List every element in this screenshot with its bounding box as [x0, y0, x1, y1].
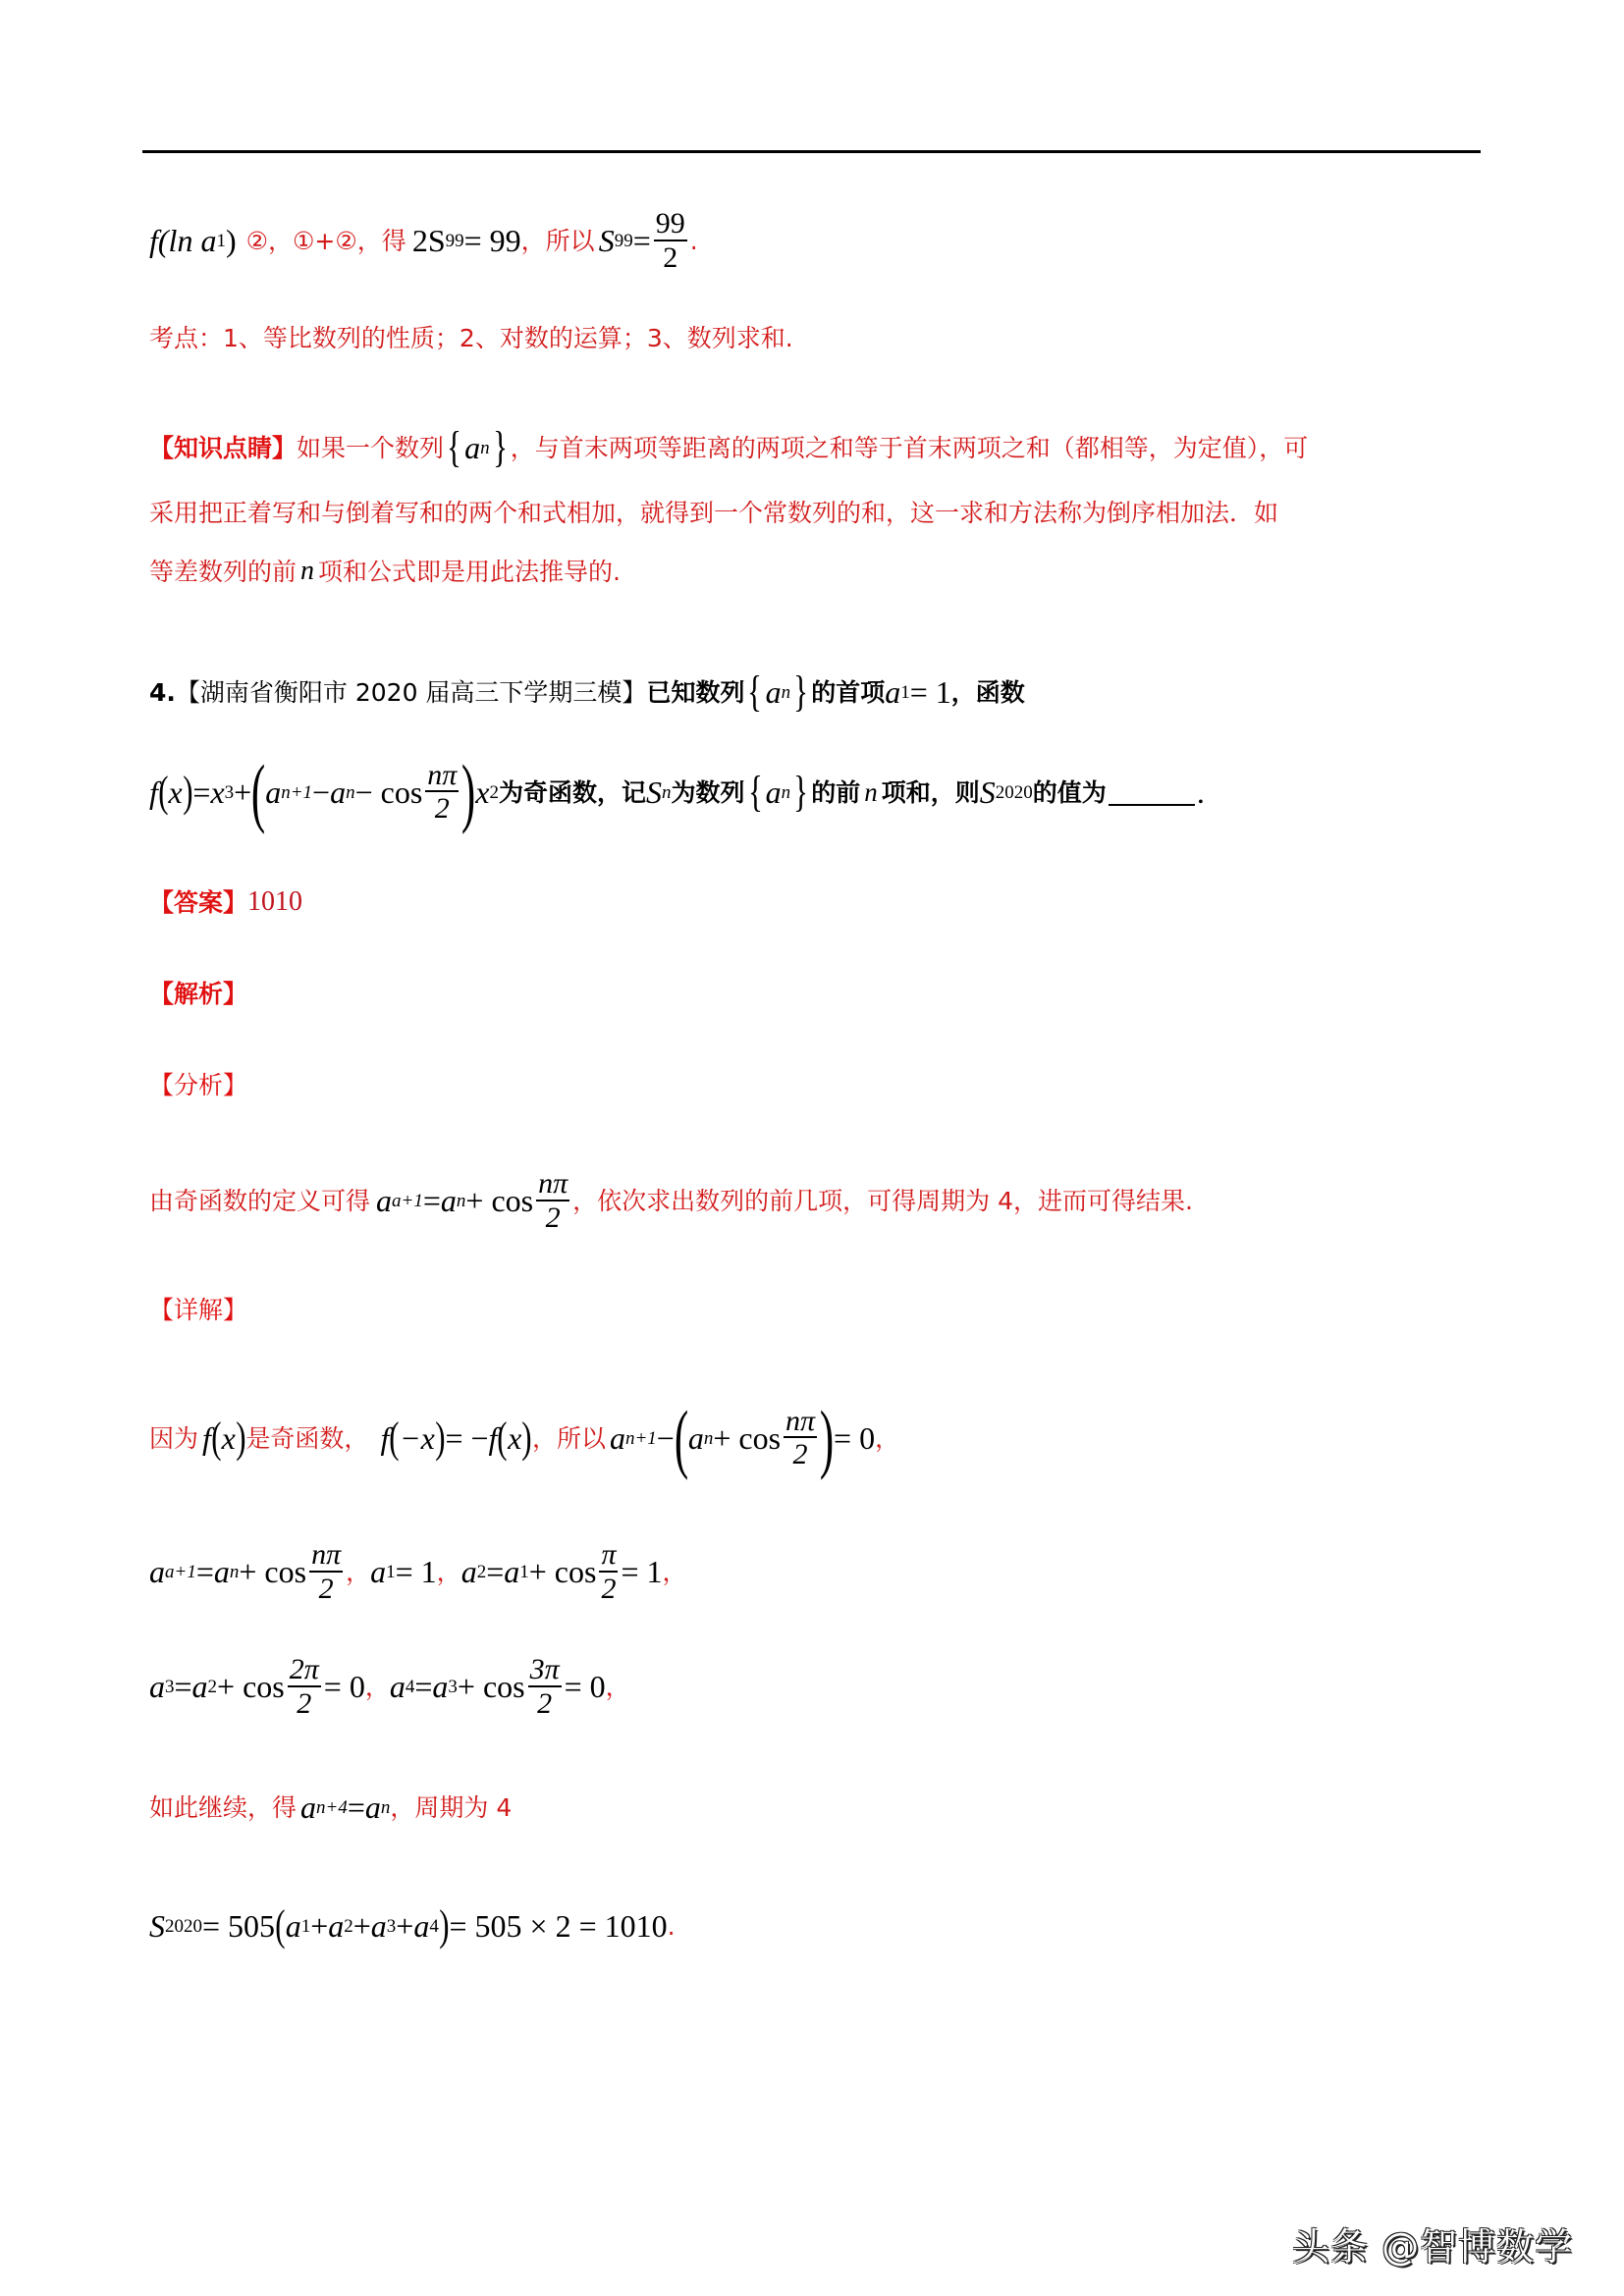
- derivation-line-sum: f(ln a1) ②， ①+②， 得 2S99 = 99 ， 所以 S99 = …: [149, 208, 698, 274]
- kaodian-text: 考点：1、等比数列的性质；2、对数的运算；3、数列求和.: [149, 326, 793, 350]
- answer-blank: [1109, 778, 1195, 806]
- zhishi-line-3: 等差数列的前 n 项和公式即是用此法推导的.: [149, 558, 621, 585]
- problem-4-header: 4. 【湖南省衡阳市 2020 届高三下学期三模】 已知数列 {an} 的首项 …: [149, 670, 1025, 714]
- answer-value: 1010: [247, 888, 302, 916]
- fraction-99-over-2: 99 2: [654, 208, 687, 274]
- zhishi-line-1: 【知识点睛】 如果一个数列 {an} ，与首末两项等距离的两项之和等于首末两项之…: [149, 426, 1308, 469]
- zhishi-line-2: 采用把正着写和与倒着写和的两个和式相加，就得到一个常数列的和，这一求和方法称为倒…: [149, 501, 1278, 525]
- xiangjie-line-5: S2020 = 505 ( a1 + a2 + a3 + a4 ) = 505 …: [149, 1904, 676, 1948]
- problem-4-function: f(x) = x3 + ( an+1 − an − cos nπ 2 ) x2 …: [149, 754, 1205, 830]
- xiangjie-line-4: 如此继续，得 an+4 = an ，周期为 4: [149, 1791, 512, 1823]
- watermark: 头条 @智博数学: [1292, 2216, 1573, 2270]
- xiangjie-line-1: 因为 f(x) 是奇函数， f(−x) = − f(x) ， 所以 an+1 −…: [149, 1400, 899, 1476]
- answer-line: 【答案】 1010: [149, 888, 302, 916]
- xiangjie-line-2: aa+1 = an + cos nπ 2 ， a1 = 1 ， a2 = a1 …: [149, 1539, 687, 1605]
- fenxi-text: 由奇函数的定义可得 aa+1 = an + cos nπ 2 ，依次求出数列的前…: [149, 1168, 1193, 1234]
- fenxi-label: 【分析】: [149, 1073, 247, 1097]
- header-rule: [142, 150, 1481, 153]
- xiangjie-label: 【详解】: [149, 1298, 247, 1322]
- xiangjie-line-3: a3 = a2 + cos 2π 2 = 0 ， a4 = a3 + cos 3…: [149, 1654, 630, 1720]
- jiexi-label: 【解析】: [149, 982, 247, 1006]
